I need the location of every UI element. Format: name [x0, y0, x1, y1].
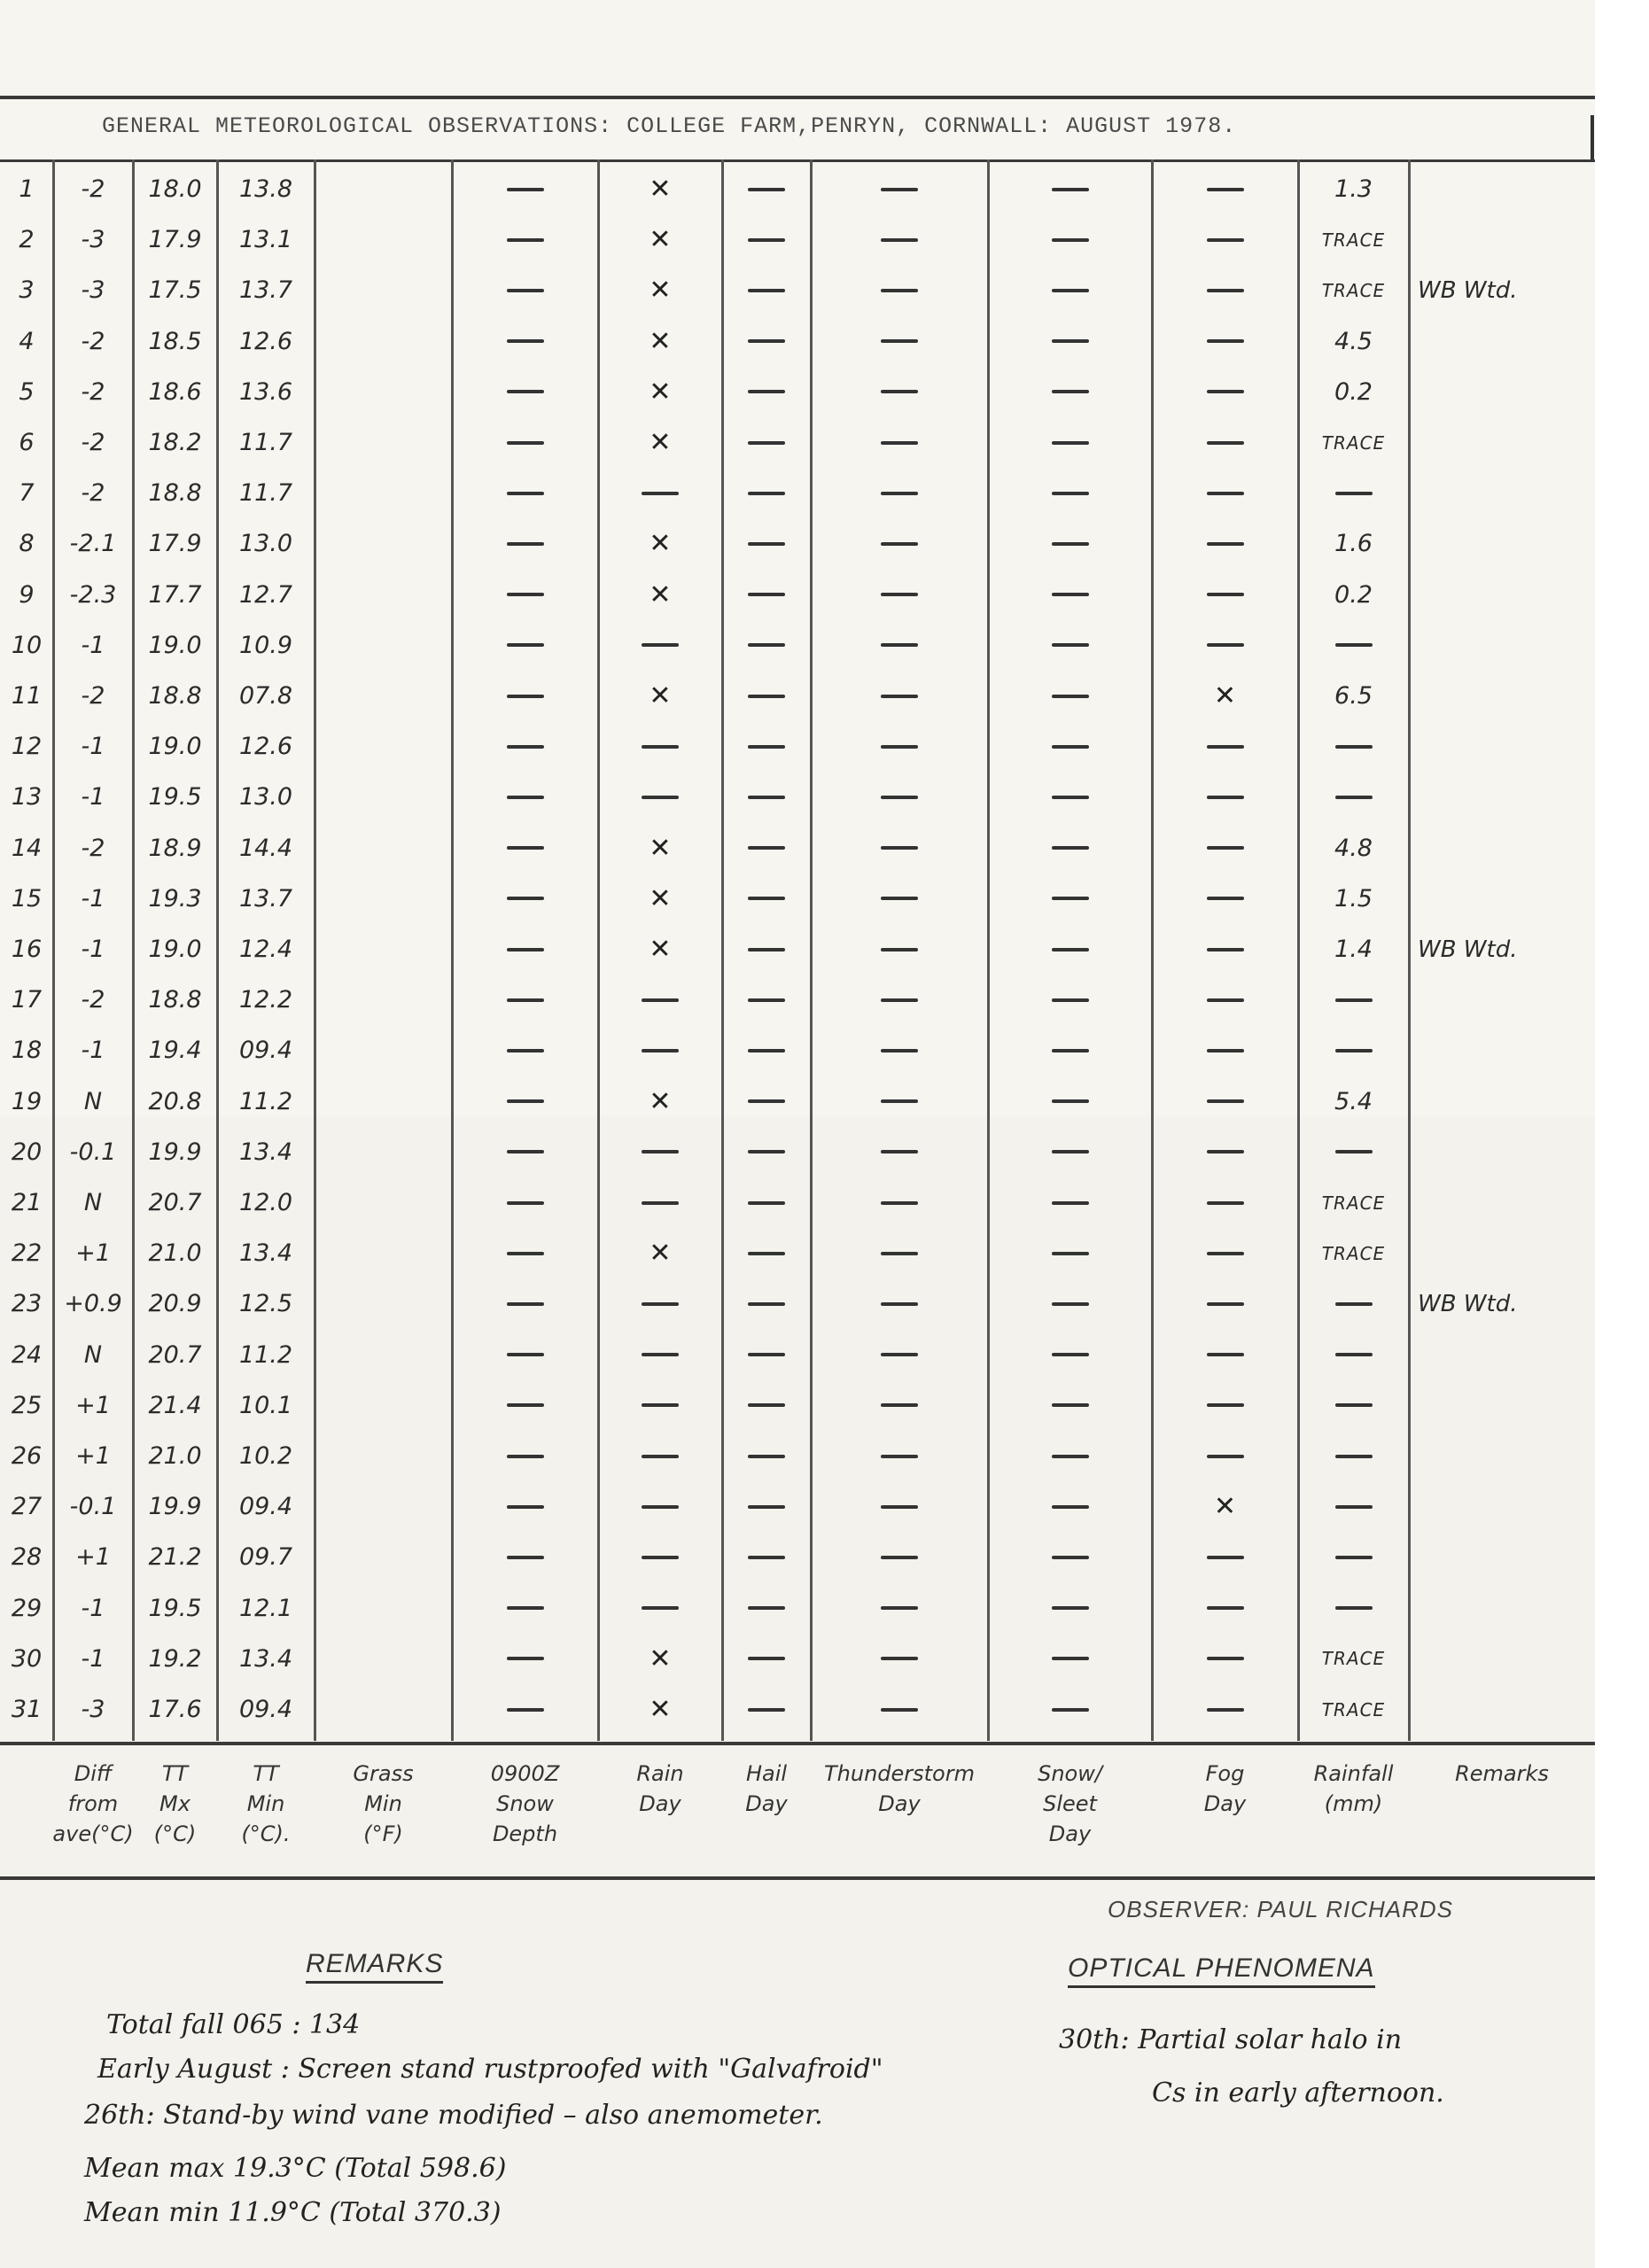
table-row: 14-218.914.4✕4.8 — [0, 823, 1595, 874]
cell-diff: -1 — [53, 1583, 133, 1634]
cell-rainfall: 0.2 — [1298, 367, 1409, 417]
dash-icon — [642, 796, 679, 799]
cell-snow — [452, 874, 598, 924]
cell-rain — [598, 1177, 722, 1228]
cell-hail — [722, 1481, 811, 1532]
dash-icon — [1207, 998, 1244, 1002]
cell-remarks: WB Wtd. — [1409, 1278, 1604, 1329]
cell-sleet — [988, 367, 1152, 417]
dash-icon — [881, 1353, 918, 1356]
cell-max: 17.9 — [133, 518, 217, 569]
dash-icon — [748, 1657, 785, 1660]
cell-remarks — [1409, 1380, 1604, 1431]
cell-fog — [1152, 468, 1298, 518]
dash-icon — [1207, 1657, 1244, 1660]
dash-icon — [1207, 897, 1244, 900]
cell-thunder — [811, 1634, 988, 1684]
cell-diff: -1 — [53, 772, 133, 822]
cell-day: 16 — [0, 924, 53, 975]
cell-diff: -2.3 — [53, 570, 133, 620]
cell-grass — [315, 721, 452, 772]
cell-fog — [1152, 1634, 1298, 1684]
cell-grass — [315, 874, 452, 924]
x-mark-icon: ✕ — [1214, 680, 1236, 711]
cell-max: 18.5 — [133, 316, 217, 367]
cell-sleet — [988, 265, 1152, 315]
cell-snow — [452, 1684, 598, 1735]
cell-rainfall — [1298, 1431, 1409, 1481]
dash-icon — [748, 492, 785, 495]
dash-icon — [748, 1252, 785, 1255]
table-row: 10-119.010.9 — [0, 620, 1595, 671]
dash-icon — [1052, 441, 1089, 445]
dash-icon — [881, 1657, 918, 1660]
cell-sleet — [988, 316, 1152, 367]
cell-rain — [598, 468, 722, 518]
cell-min: 10.2 — [217, 1431, 315, 1481]
cell-day: 29 — [0, 1583, 53, 1634]
dash-icon — [507, 796, 544, 799]
dash-icon — [507, 542, 544, 546]
cell-rainfall: 1.3 — [1298, 164, 1409, 214]
cell-min: 13.7 — [217, 265, 315, 315]
cell-rainfall: TRACE — [1298, 1634, 1409, 1684]
dash-icon — [748, 1606, 785, 1610]
table-row: 4-218.512.6✕4.5 — [0, 316, 1595, 367]
header-fog: Fog Day — [1147, 1759, 1303, 1819]
dash-icon — [1335, 1403, 1373, 1407]
cell-max: 17.7 — [133, 570, 217, 620]
x-mark-icon: ✕ — [649, 1086, 671, 1117]
cell-day: 3 — [0, 265, 53, 315]
dash-icon — [748, 948, 785, 951]
cell-rain: ✕ — [598, 518, 722, 569]
dash-icon — [507, 1302, 544, 1306]
cell-remarks — [1409, 1684, 1604, 1735]
cell-day: 14 — [0, 823, 53, 874]
dash-icon — [1052, 238, 1089, 242]
cell-snow — [452, 1076, 598, 1127]
cell-max: 18.9 — [133, 823, 217, 874]
dash-icon — [748, 796, 785, 799]
cell-remarks — [1409, 1634, 1604, 1684]
cell-sleet — [988, 1684, 1152, 1735]
cell-snow — [452, 772, 598, 822]
cell-day: 10 — [0, 620, 53, 671]
cell-sleet — [988, 1634, 1152, 1684]
cell-sleet — [988, 620, 1152, 671]
cell-snow — [452, 924, 598, 975]
cell-rain: ✕ — [598, 164, 722, 214]
table-row: 28+121.209.7 — [0, 1532, 1595, 1582]
cell-thunder — [811, 1583, 988, 1634]
cell-grass — [315, 1684, 452, 1735]
cell-hail — [722, 772, 811, 822]
dash-icon — [748, 745, 785, 749]
dash-icon — [1052, 1708, 1089, 1712]
dash-icon — [881, 1201, 918, 1205]
header-min: TT Min (°C). — [213, 1759, 319, 1849]
title-rule — [0, 159, 1595, 162]
cell-day: 7 — [0, 468, 53, 518]
dash-icon — [1207, 492, 1244, 495]
header-rain: Rain Day — [594, 1759, 727, 1819]
cell-min: 07.8 — [217, 671, 315, 721]
cell-remarks — [1409, 417, 1604, 468]
cell-hail — [722, 721, 811, 772]
dash-icon — [1207, 593, 1244, 596]
cell-rain: ✕ — [598, 1076, 722, 1127]
dash-icon — [881, 998, 918, 1002]
dash-icon — [507, 441, 544, 445]
cell-rainfall — [1298, 1127, 1409, 1177]
table-row: 13-119.513.0 — [0, 772, 1595, 822]
table-row: 23+0.920.912.5WB Wtd. — [0, 1278, 1595, 1329]
dash-icon — [1052, 289, 1089, 292]
cell-remarks — [1409, 823, 1604, 874]
cell-thunder — [811, 823, 988, 874]
cell-max: 19.4 — [133, 1025, 217, 1076]
cell-hail — [722, 518, 811, 569]
cell-rainfall — [1298, 468, 1409, 518]
cell-remarks — [1409, 468, 1604, 518]
cell-rain: ✕ — [598, 265, 722, 315]
dash-icon — [1207, 441, 1244, 445]
remark-line: Early August : Screen stand rustproofed … — [97, 2054, 883, 2085]
cell-diff: -1 — [53, 874, 133, 924]
cell-hail — [722, 1684, 811, 1735]
cell-rainfall: TRACE — [1298, 214, 1409, 265]
cell-max: 21.0 — [133, 1431, 217, 1481]
cell-day: 5 — [0, 367, 53, 417]
cell-day: 12 — [0, 721, 53, 772]
cell-min: 13.4 — [217, 1634, 315, 1684]
cell-fog — [1152, 570, 1298, 620]
cell-rainfall — [1298, 1481, 1409, 1532]
dash-icon — [1052, 897, 1089, 900]
cell-sleet — [988, 468, 1152, 518]
cell-sleet — [988, 417, 1152, 468]
dash-icon — [881, 796, 918, 799]
cell-remarks — [1409, 570, 1604, 620]
cell-max: 19.0 — [133, 924, 217, 975]
cell-rain: ✕ — [598, 823, 722, 874]
cell-fog — [1152, 417, 1298, 468]
cell-diff: -0.1 — [53, 1127, 133, 1177]
cell-rainfall — [1298, 1380, 1409, 1431]
cell-sleet — [988, 671, 1152, 721]
remark-line: 26th: Stand-by wind vane modified – also… — [84, 2100, 823, 2131]
cell-grass — [315, 265, 452, 315]
cell-grass — [315, 1481, 452, 1532]
cell-grass — [315, 1278, 452, 1329]
table-row: 7-218.811.7 — [0, 468, 1595, 518]
cell-hail — [722, 1532, 811, 1582]
dash-icon — [1207, 1252, 1244, 1255]
dash-icon — [642, 1302, 679, 1306]
dash-icon — [881, 1099, 918, 1103]
dash-icon — [881, 593, 918, 596]
cell-fog — [1152, 924, 1298, 975]
sheet-title: GENERAL METEOROLOGICAL OBSERVATIONS: COL… — [102, 113, 1236, 139]
table-row: 31-317.609.4✕TRACE — [0, 1684, 1595, 1735]
cell-day: 30 — [0, 1634, 53, 1684]
dash-icon — [881, 542, 918, 546]
dash-icon — [881, 695, 918, 698]
dash-icon — [507, 1606, 544, 1610]
table-row: 3-317.513.7✕TRACEWB Wtd. — [0, 265, 1595, 315]
cell-snow — [452, 417, 598, 468]
dash-icon — [1052, 1201, 1089, 1205]
cell-hail — [722, 1177, 811, 1228]
dash-icon — [1052, 1353, 1089, 1356]
cell-thunder — [811, 265, 988, 315]
cell-remarks: WB Wtd. — [1409, 924, 1604, 975]
cell-snow — [452, 1127, 598, 1177]
cell-rain — [598, 1532, 722, 1582]
cell-diff: -2 — [53, 316, 133, 367]
dash-icon — [748, 1302, 785, 1306]
cell-snow — [452, 1481, 598, 1532]
cell-day: 23 — [0, 1278, 53, 1329]
dash-icon — [1052, 1556, 1089, 1559]
cell-hail — [722, 671, 811, 721]
header-hail: Hail Day — [718, 1759, 815, 1819]
cell-hail — [722, 1076, 811, 1127]
cell-hail — [722, 468, 811, 518]
cell-remarks — [1409, 1431, 1604, 1481]
cell-min: 12.2 — [217, 975, 315, 1025]
dash-icon — [1052, 1403, 1089, 1407]
cell-grass — [315, 1228, 452, 1278]
cell-diff: +1 — [53, 1228, 133, 1278]
cell-rain — [598, 1380, 722, 1431]
cell-hail — [722, 417, 811, 468]
dash-icon — [748, 1150, 785, 1153]
cell-min: 11.2 — [217, 1076, 315, 1127]
cell-hail — [722, 265, 811, 315]
cell-day: 15 — [0, 874, 53, 924]
cell-min: 14.4 — [217, 823, 315, 874]
cell-rain — [598, 1127, 722, 1177]
dash-icon — [642, 1049, 679, 1052]
cell-remarks — [1409, 721, 1604, 772]
cell-grass — [315, 1076, 452, 1127]
dash-icon — [1207, 1099, 1244, 1103]
cell-rainfall — [1298, 1583, 1409, 1634]
cell-rainfall: 0.2 — [1298, 570, 1409, 620]
cell-rain: ✕ — [598, 367, 722, 417]
cell-grass — [315, 468, 452, 518]
cell-grass — [315, 316, 452, 367]
cell-rain — [598, 1025, 722, 1076]
cell-rainfall — [1298, 1278, 1409, 1329]
cell-thunder — [811, 1278, 988, 1329]
cell-max: 18.6 — [133, 367, 217, 417]
cell-max: 21.0 — [133, 1228, 217, 1278]
table-row: 5-218.613.6✕0.2 — [0, 367, 1595, 417]
dash-icon — [507, 1657, 544, 1660]
table-row: 30-119.213.4✕TRACE — [0, 1634, 1595, 1684]
dash-icon — [642, 1455, 679, 1458]
header-diff: Diff from ave(°C) — [49, 1759, 137, 1849]
cell-fog — [1152, 265, 1298, 315]
dash-icon — [642, 998, 679, 1002]
cell-snow — [452, 265, 598, 315]
header-grass: Grass Min (°F) — [310, 1759, 456, 1849]
dash-icon — [1207, 948, 1244, 951]
cell-snow — [452, 721, 598, 772]
cell-rain: ✕ — [598, 1634, 722, 1684]
cell-sleet — [988, 975, 1152, 1025]
cell-fog — [1152, 823, 1298, 874]
cell-hail — [722, 1634, 811, 1684]
remarks-title: REMARKS — [306, 1949, 443, 1984]
dash-icon — [748, 238, 785, 242]
cell-min: 12.4 — [217, 924, 315, 975]
cell-thunder — [811, 214, 988, 265]
cell-day: 22 — [0, 1228, 53, 1278]
cell-rain — [598, 1278, 722, 1329]
cell-rain: ✕ — [598, 671, 722, 721]
remark-line: Total fall 065 : 134 — [106, 2009, 360, 2040]
cell-fog — [1152, 721, 1298, 772]
dash-icon — [1207, 542, 1244, 546]
dash-icon — [642, 1403, 679, 1407]
cell-min: 13.0 — [217, 772, 315, 822]
cell-snow — [452, 570, 598, 620]
cell-min: 11.7 — [217, 468, 315, 518]
cell-rainfall: 1.4 — [1298, 924, 1409, 975]
cell-thunder — [811, 975, 988, 1025]
dash-icon — [881, 441, 918, 445]
cell-diff: -1 — [53, 924, 133, 975]
dash-icon — [1207, 1556, 1244, 1559]
table-row: 18-119.409.4 — [0, 1025, 1595, 1076]
cell-snow — [452, 1228, 598, 1278]
cell-thunder — [811, 772, 988, 822]
cell-rainfall: 5.4 — [1298, 1076, 1409, 1127]
cell-max: 21.2 — [133, 1532, 217, 1582]
cell-max: 19.9 — [133, 1127, 217, 1177]
cell-fog: ✕ — [1152, 1481, 1298, 1532]
cell-rain: ✕ — [598, 570, 722, 620]
dash-icon — [748, 643, 785, 647]
dash-icon — [507, 289, 544, 292]
dash-icon — [1052, 339, 1089, 343]
dash-icon — [1052, 1505, 1089, 1509]
dash-icon — [507, 1403, 544, 1407]
cell-rainfall: TRACE — [1298, 417, 1409, 468]
dash-icon — [1335, 1505, 1373, 1509]
dash-icon — [507, 390, 544, 393]
cell-grass — [315, 518, 452, 569]
cell-day: 11 — [0, 671, 53, 721]
cell-thunder — [811, 721, 988, 772]
dash-icon — [642, 1556, 679, 1559]
dash-icon — [1052, 643, 1089, 647]
cell-diff: -2.1 — [53, 518, 133, 569]
cell-remarks — [1409, 1177, 1604, 1228]
table-row: 20-0.119.913.4 — [0, 1127, 1595, 1177]
cell-fog: ✕ — [1152, 671, 1298, 721]
cell-sleet — [988, 518, 1152, 569]
cell-fog — [1152, 975, 1298, 1025]
cell-fog — [1152, 1228, 1298, 1278]
cell-fog — [1152, 1177, 1298, 1228]
cell-min: 13.6 — [217, 367, 315, 417]
cell-hail — [722, 1025, 811, 1076]
dash-icon — [748, 339, 785, 343]
cell-day: 4 — [0, 316, 53, 367]
dash-icon — [1207, 188, 1244, 191]
cell-diff: -2 — [53, 367, 133, 417]
cell-max: 19.9 — [133, 1481, 217, 1532]
cell-max: 18.8 — [133, 975, 217, 1025]
cell-diff: -1 — [53, 1025, 133, 1076]
cell-grass — [315, 164, 452, 214]
cell-rain — [598, 620, 722, 671]
optical-line: Cs in early afternoon. — [1152, 2078, 1444, 2109]
dash-icon — [748, 1455, 785, 1458]
header-bottom-rule — [0, 1876, 1595, 1880]
cell-max: 21.4 — [133, 1380, 217, 1431]
table-row: 12-119.012.6 — [0, 721, 1595, 772]
table-row: 22+121.013.4✕TRACE — [0, 1228, 1595, 1278]
dash-icon — [1207, 745, 1244, 749]
cell-diff: -2 — [53, 164, 133, 214]
dash-icon — [507, 1099, 544, 1103]
table-row: 1-218.013.8✕1.3 — [0, 164, 1595, 214]
cell-remarks — [1409, 671, 1604, 721]
table-row: 16-119.012.4✕1.4WB Wtd. — [0, 924, 1595, 975]
cell-day: 21 — [0, 1177, 53, 1228]
cell-rainfall: TRACE — [1298, 1228, 1409, 1278]
cell-snow — [452, 1431, 598, 1481]
cell-max: 19.0 — [133, 721, 217, 772]
cell-fog — [1152, 518, 1298, 569]
dash-icon — [507, 1505, 544, 1509]
cell-max: 20.9 — [133, 1278, 217, 1329]
dash-icon — [748, 289, 785, 292]
x-mark-icon: ✕ — [649, 1694, 671, 1725]
header-snow: 0900Z Snow Depth — [447, 1759, 603, 1849]
cell-rain: ✕ — [598, 1228, 722, 1278]
cell-remarks — [1409, 1127, 1604, 1177]
dash-icon — [507, 1556, 544, 1559]
cell-fog — [1152, 316, 1298, 367]
cell-min: 13.0 — [217, 518, 315, 569]
cell-remarks — [1409, 316, 1604, 367]
dash-icon — [881, 1403, 918, 1407]
cell-grass — [315, 570, 452, 620]
cell-fog — [1152, 1278, 1298, 1329]
cell-fog — [1152, 1127, 1298, 1177]
dash-icon — [507, 339, 544, 343]
dash-icon — [1207, 238, 1244, 242]
cell-snow — [452, 518, 598, 569]
dash-icon — [1052, 846, 1089, 850]
cell-rainfall: 4.5 — [1298, 316, 1409, 367]
cell-fog — [1152, 214, 1298, 265]
dash-icon — [881, 948, 918, 951]
dash-icon — [642, 1150, 679, 1153]
dash-icon — [881, 238, 918, 242]
cell-diff: -1 — [53, 1634, 133, 1684]
cell-rainfall — [1298, 1025, 1409, 1076]
cell-thunder — [811, 1177, 988, 1228]
cell-rain: ✕ — [598, 924, 722, 975]
